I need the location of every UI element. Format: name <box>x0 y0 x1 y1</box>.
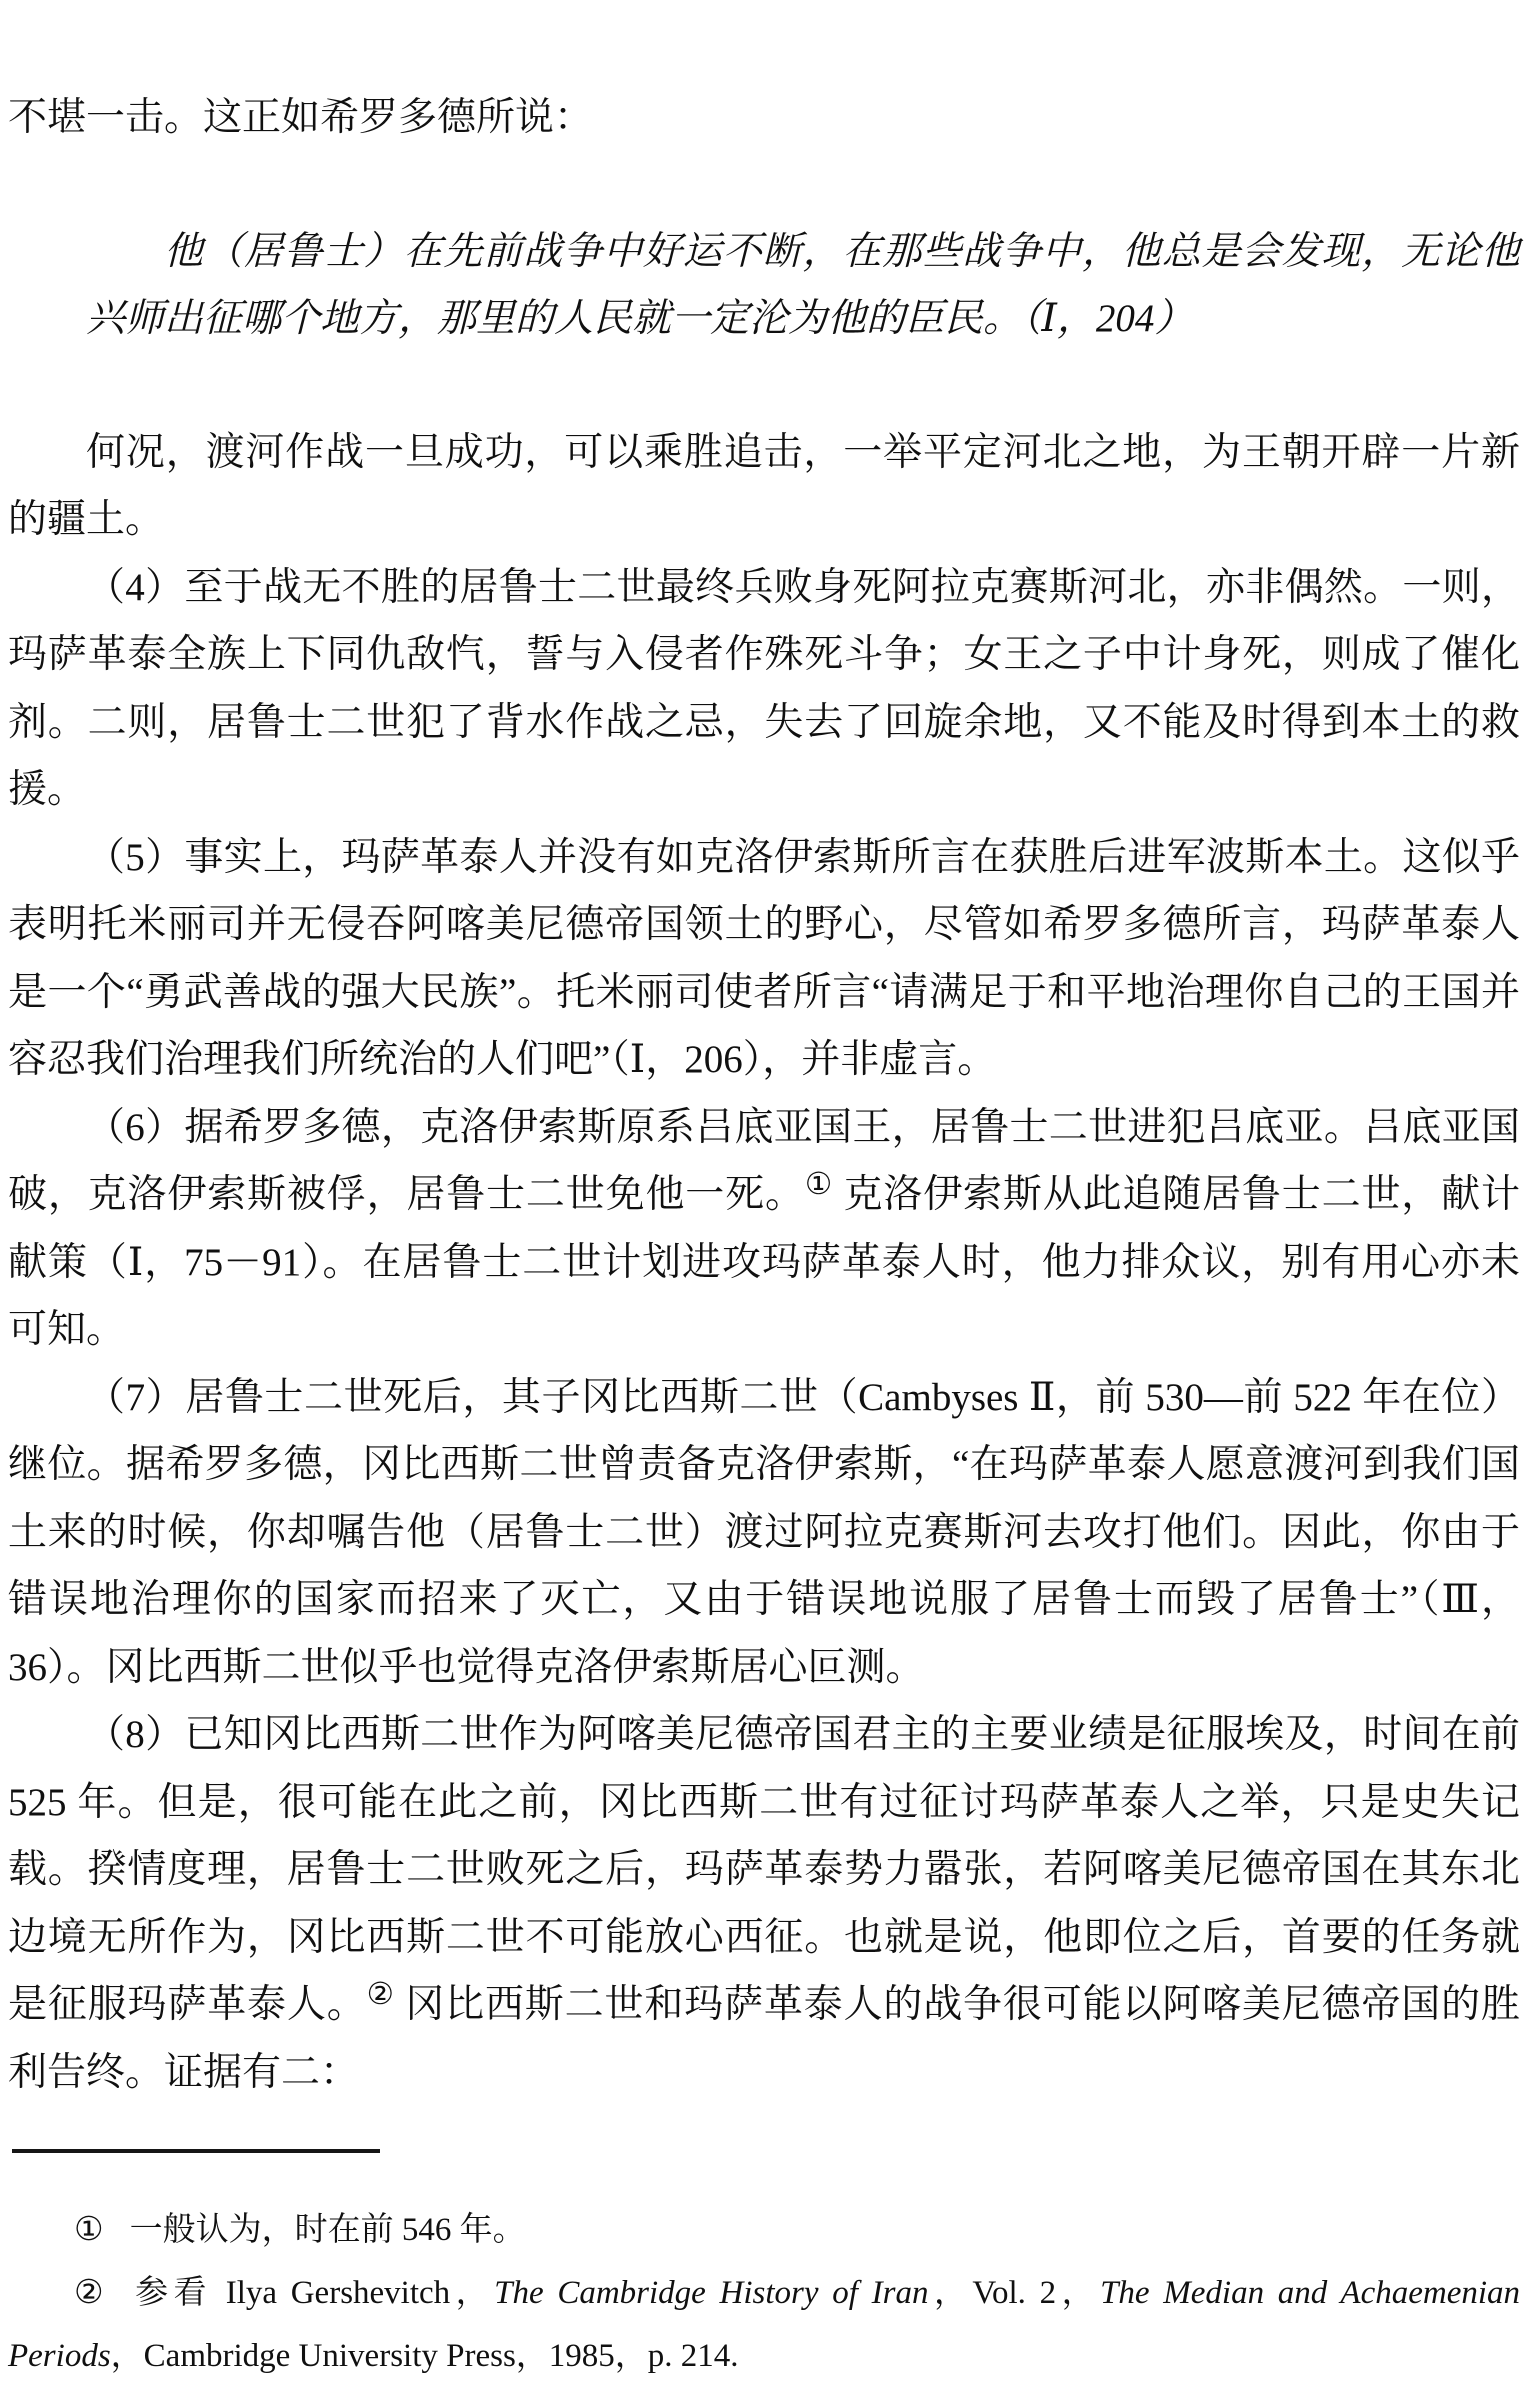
text-segment: （8）已知冈比西斯二世作为阿喀美尼德帝国君主的主要业绩是征服埃及，时间在前 52… <box>8 1713 1520 2026</box>
text-segment: （4）至于战无不胜的居鲁士二世最终兵败身死阿拉克赛斯河北，亦非偶然。一则，玛萨革… <box>8 566 1520 812</box>
footnote-list: ①一般认为，时在前 546 年。②参看 Ilya Gershevitch，The… <box>8 2199 1520 2388</box>
text-segment: 参看 Ilya Gershevitch， <box>135 2275 494 2311</box>
paragraph: （7）居鲁士二世死后，其子冈比西斯二世（Cambyses Ⅱ，前 530—前 5… <box>8 1364 1520 1702</box>
footnote-marker: ① <box>74 2212 104 2248</box>
opening-line: 不堪一击。这正如希罗多德所说： <box>8 84 1520 152</box>
text-segment: ，Vol. 2， <box>928 2275 1100 2311</box>
text-segment: 一般认为，时在前 546 年。 <box>130 2212 526 2248</box>
text-segment: 何况，渡河作战一旦成功，可以乘胜追击，一举平定河北之地，为王朝开辟一片新的疆土。 <box>8 431 1520 542</box>
text-segment: The Cambridge History of Iran <box>494 2275 928 2311</box>
footnote: ②参看 Ilya Gershevitch，The Cambridge Histo… <box>8 2262 1520 2388</box>
footnote-divider <box>12 2149 380 2153</box>
footnote-ref: ① <box>805 1167 833 1201</box>
text-segment: （7）居鲁士二世死后，其子冈比西斯二世（Cambyses Ⅱ，前 530—前 5… <box>8 1376 1520 1689</box>
paragraph: （4）至于战无不胜的居鲁士二世最终兵败身死阿拉克赛斯河北，亦非偶然。一则，玛萨革… <box>8 554 1520 824</box>
paragraph: （6）据希罗多德，克洛伊索斯原系吕底亚国王，居鲁士二世进犯吕底亚。吕底亚国破，克… <box>8 1094 1520 1364</box>
paragraphs: 何况，渡河作战一旦成功，可以乘胜追击，一举平定河北之地，为王朝开辟一片新的疆土。… <box>8 419 1520 2107</box>
paragraph: （5）事实上，玛萨革泰人并没有如克洛伊索斯所言在获胜后进军波斯本土。这似乎表明托… <box>8 824 1520 1094</box>
book-page: 不堪一击。这正如希罗多德所说： 他（居鲁士）在先前战争中好运不断，在那些战争中，… <box>0 0 1536 2404</box>
footnote-marker: ② <box>74 2275 109 2311</box>
footnote: ①一般认为，时在前 546 年。 <box>8 2199 1520 2262</box>
text-segment: （5）事实上，玛萨革泰人并没有如克洛伊索斯所言在获胜后进军波斯本土。这似乎表明托… <box>8 836 1520 1082</box>
footnote-ref: ② <box>367 1977 395 2011</box>
paragraph: （8）已知冈比西斯二世作为阿喀美尼德帝国君主的主要业绩是征服埃及，时间在前 52… <box>8 1701 1520 2106</box>
block-quote: 他（居鲁士）在先前战争中好运不断，在那些战争中，他总是会发现，无论他兴师出征哪个… <box>86 218 1520 353</box>
footnotes-section: ①一般认为，时在前 546 年。②参看 Ilya Gershevitch，The… <box>8 2149 1520 2388</box>
paragraph: 何况，渡河作战一旦成功，可以乘胜追击，一举平定河北之地，为王朝开辟一片新的疆土。 <box>8 419 1520 554</box>
text-segment: ，Cambridge University Press，1985，p. 214. <box>111 2338 739 2374</box>
